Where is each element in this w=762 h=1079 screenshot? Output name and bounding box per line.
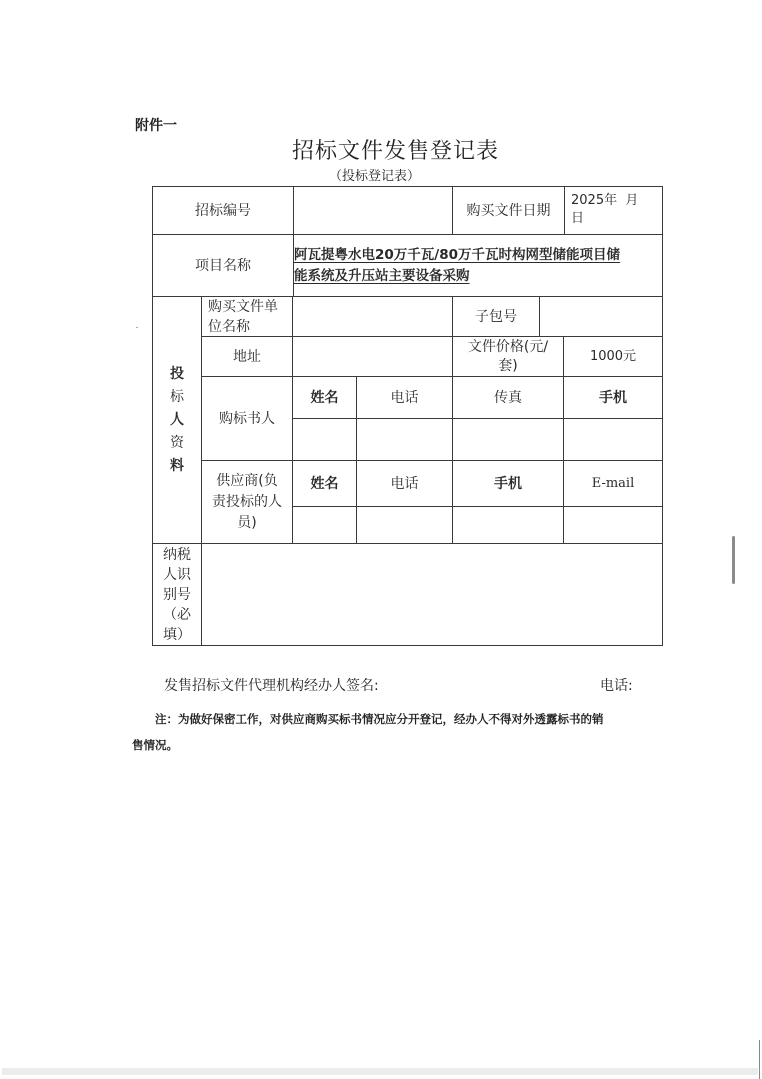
supplier-label: 供应商(负 责投标的人 员) [202,461,292,543]
page-bottom-edge [2,1068,758,1075]
purchase-date-line1: 2025年 月 [571,192,638,210]
section-char: 标 [170,386,184,409]
taxpayer-label-line: （必 [163,605,191,625]
page-right-edge [759,1040,760,1079]
bidder-info-section-label: 投 标 人 资 料 [153,355,201,485]
purchaser-label: 购标书人 [202,377,292,460]
supplier-col-email: E-mail [564,461,662,506]
section-char: 投 [170,363,184,386]
unit-name-label: 购买文件单 位名称 [202,297,292,336]
purchaser-col-name: 姓名 [293,377,356,418]
supplier-col-mobile: 手机 [453,461,563,506]
agent-signature-label: 发售招标文件代理机构经办人签名: [164,675,379,695]
doc-price-label-line1: 文件价格(元/ [468,338,548,357]
supplier-phone-field[interactable] [357,507,452,543]
project-name-line1: 阿瓦提粤水电20万千瓦/80万千瓦时构网型储能项目储 [294,245,620,266]
project-name-label: 项目名称 [153,235,293,296]
section-char: 人 [170,409,184,432]
bid-number-field[interactable] [294,187,452,234]
taxpayer-label-line: 别号 [163,585,191,605]
project-name-line2: 能系统及升压站主要设备采购 [294,266,470,287]
supplier-mobile-field[interactable] [453,507,563,543]
supplier-email-field[interactable] [564,507,662,543]
supplier-label-line2: 责投标的人 [212,492,282,513]
sub-package-label: 子包号 [453,297,539,336]
purchaser-col-phone: 电话 [357,377,452,418]
purchaser-phone-field[interactable] [357,419,452,460]
taxpayer-id-label: 纳税 人识 别号 （必 填） [153,544,201,645]
purchaser-fax-field[interactable] [453,419,563,460]
address-label: 地址 [202,337,292,376]
table-border-right [662,186,663,646]
supplier-label-line1: 供应商(负 [216,471,277,492]
scan-artifact [732,536,735,584]
sub-package-field[interactable] [540,297,662,336]
attachment-label: 附件一 [135,115,177,135]
purchaser-mobile-field[interactable] [564,419,662,460]
purchaser-name-field[interactable] [293,419,356,460]
doc-price-label: 文件价格(元/ 套) [453,337,563,376]
phone-label: 电话: [600,675,633,695]
bid-number-label: 招标编号 [153,187,293,234]
address-field[interactable] [293,337,452,376]
purchase-date-field[interactable]: 2025年 月 日 [565,187,662,234]
purchase-date-label: 购买文件日期 [453,187,564,234]
supplier-col-name: 姓名 [293,461,356,506]
section-char: 资 [170,432,184,455]
table-border-bottom [152,645,663,646]
section-char: 料 [170,455,184,478]
unit-name-label-line1: 购买文件单 [208,297,278,317]
taxpayer-label-line: 填） [163,625,191,645]
supplier-col-phone: 电话 [357,461,452,506]
supplier-label-line3: 员) [237,513,256,534]
note-line-2: 售情况。 [132,737,178,753]
doc-price-label-line2: 套) [498,357,517,376]
taxpayer-label-line: 人识 [163,565,191,585]
scan-artifact [136,327,138,328]
purchase-date-line2: 日 [571,210,584,228]
note-line-1: 注：为做好保密工作，对供应商购买标书情况应分开登记，经办人不得对外透露标书的销 [155,711,604,727]
project-name-value: 阿瓦提粤水电20万千瓦/80万千瓦时构网型储能项目储 能系统及升压站主要设备采购 [294,235,662,296]
taxpayer-label-line: 纳税 [163,545,191,565]
unit-name-label-line2: 位名称 [208,317,250,337]
purchaser-col-mobile: 手机 [564,377,662,418]
purchaser-col-fax: 传真 [453,377,563,418]
page-subtitle: （投标登记表） [329,165,420,184]
taxpayer-id-field[interactable] [202,544,662,645]
page-title: 招标文件发售登记表 [292,134,499,165]
supplier-name-field[interactable] [293,507,356,543]
doc-price-value: 1000元 [564,337,662,376]
unit-name-field[interactable] [293,297,452,336]
